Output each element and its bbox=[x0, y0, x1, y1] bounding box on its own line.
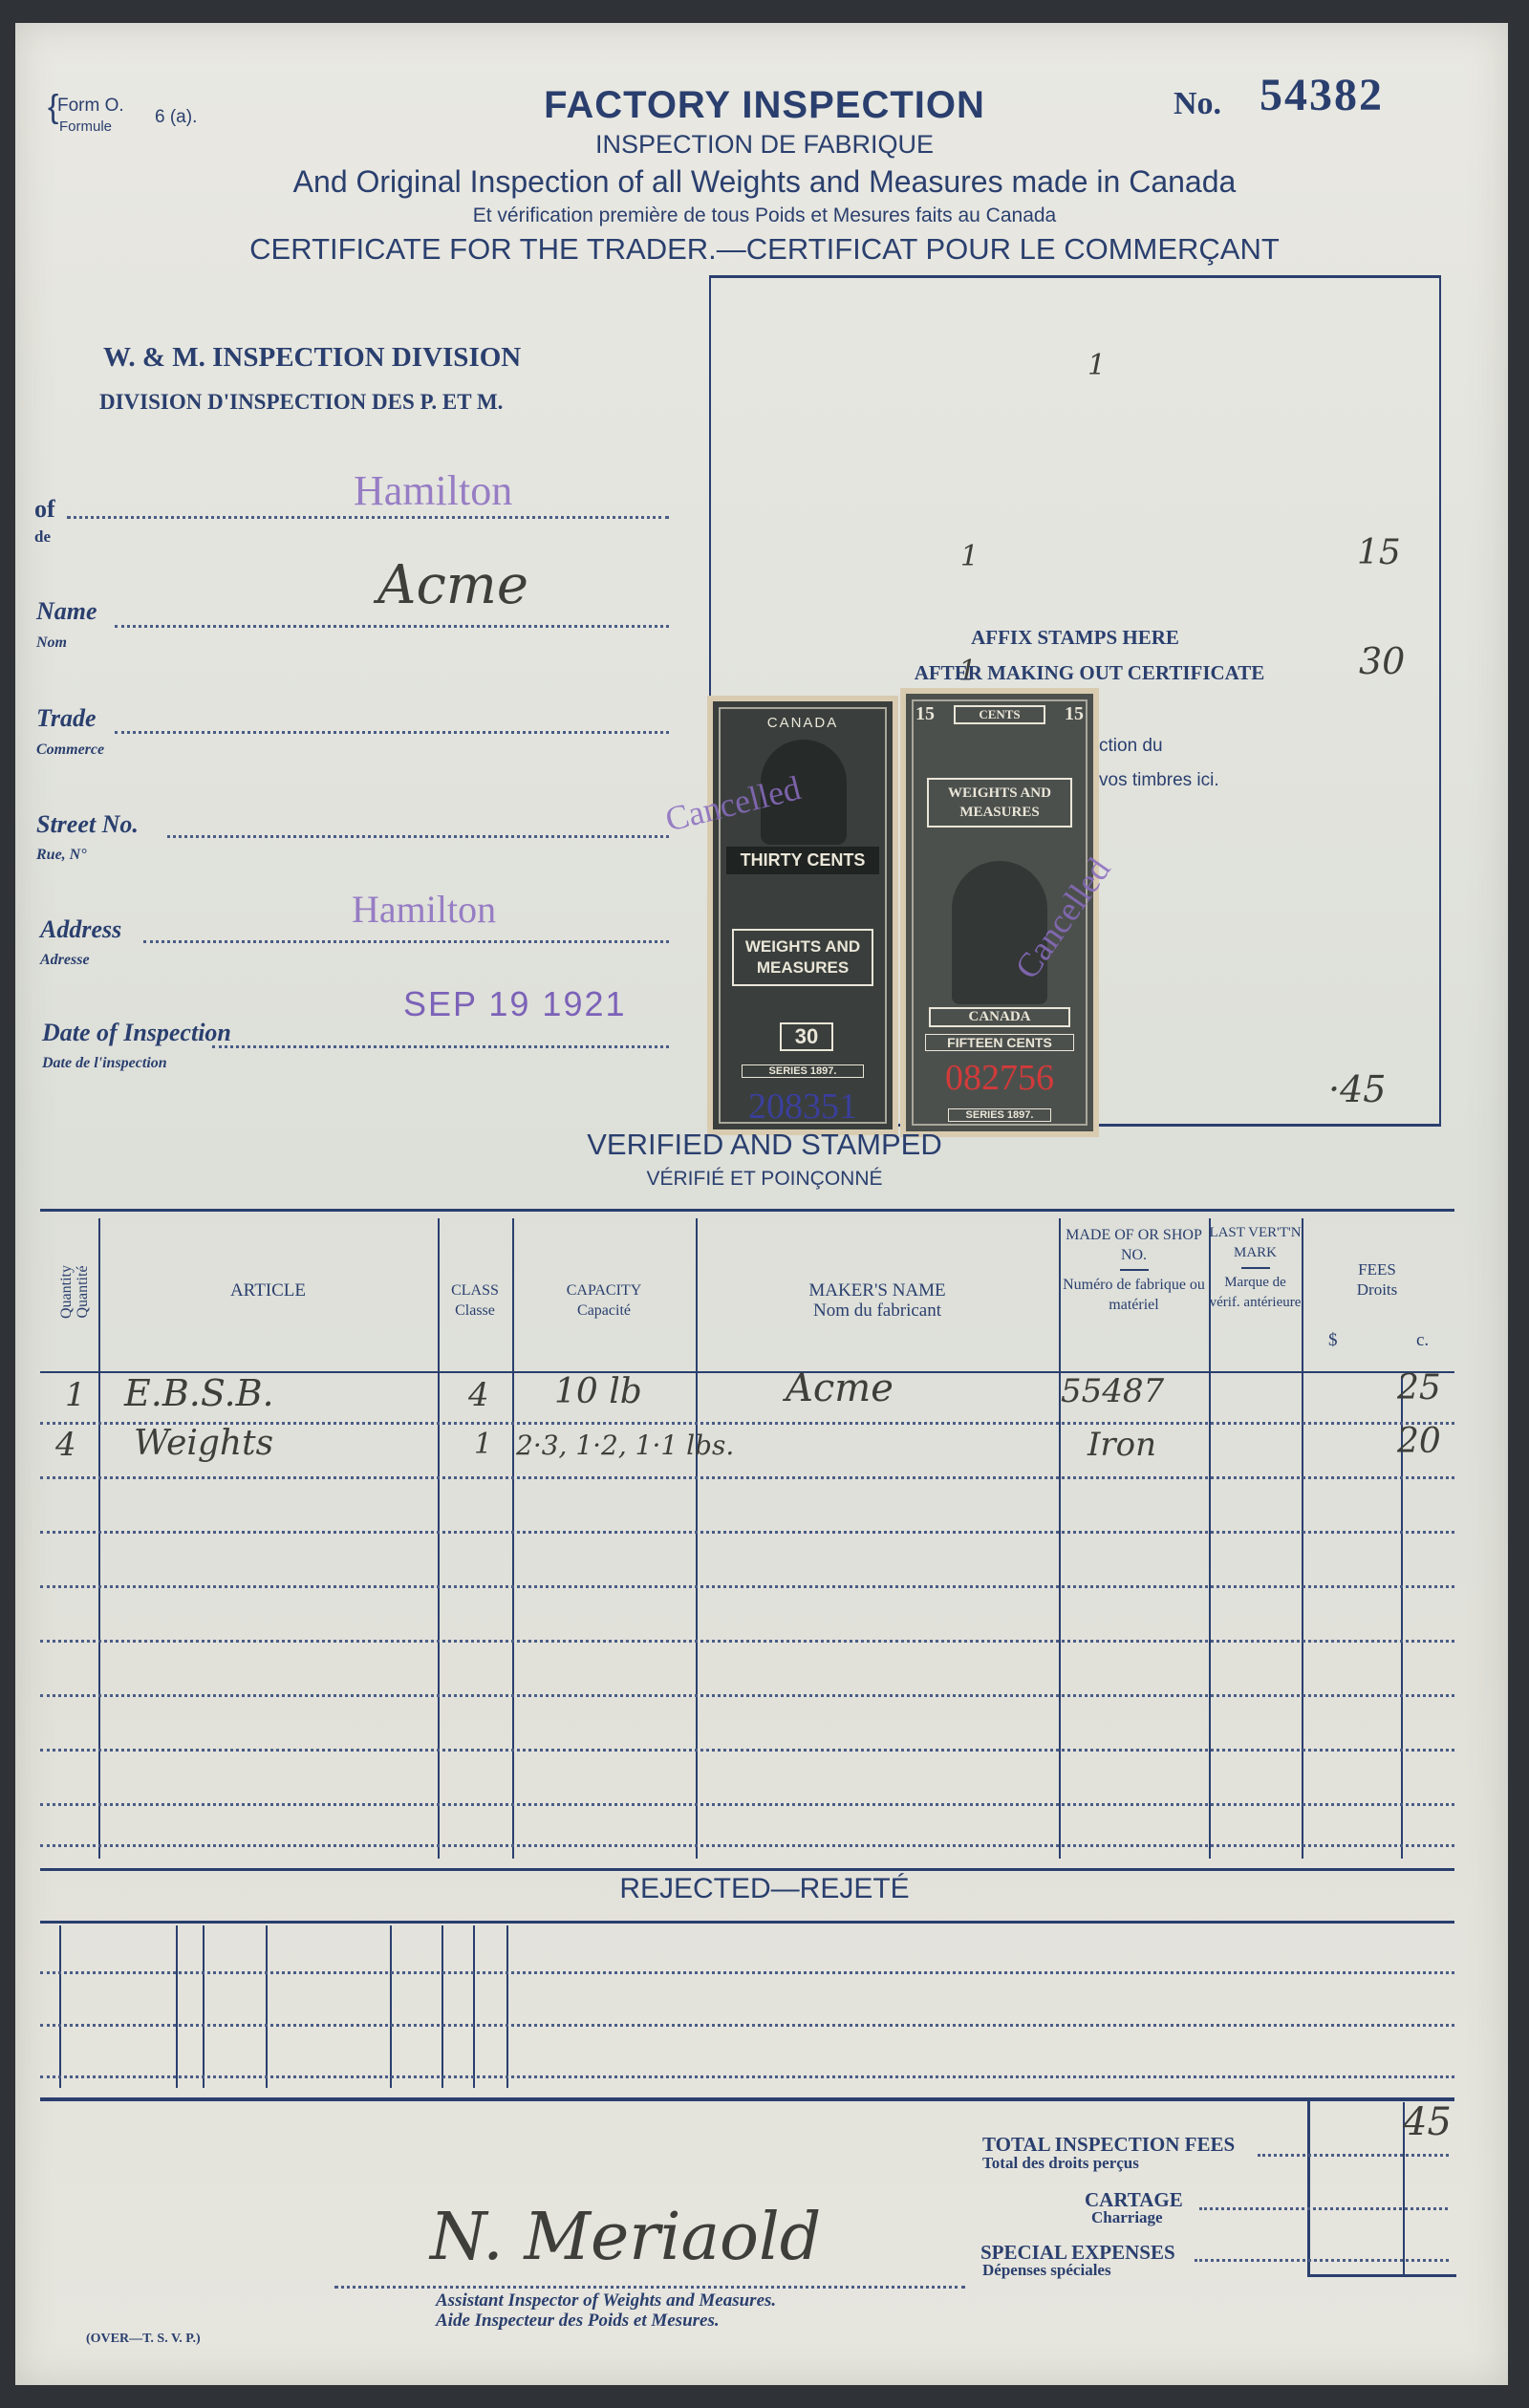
stamp-denomination: THIRTY CENTS bbox=[726, 847, 879, 874]
cell-quantity: 1 bbox=[65, 1376, 86, 1414]
field-label-fr: Rue, N° bbox=[36, 847, 87, 864]
cell-capacity: 10 lb bbox=[554, 1372, 642, 1411]
page-subtitle-fr: Et vérification première de tous Poids e… bbox=[0, 204, 1529, 227]
verified-heading: VERIFIED AND STAMPED bbox=[0, 1128, 1529, 1162]
cell-made-of: 55487 bbox=[1061, 1372, 1164, 1410]
stamp-corner-value: 15 bbox=[1065, 703, 1084, 725]
field-value-stamp: Hamilton bbox=[352, 887, 496, 932]
cell-fee-cents: 25 bbox=[1397, 1368, 1441, 1408]
field-label: Street No. bbox=[36, 810, 139, 839]
division-name-fr: DIVISION D'INSPECTION DES P. ET M. bbox=[99, 390, 503, 415]
column-header-capacity: CAPACITYCapacité bbox=[512, 1280, 696, 1321]
page-subtitle: And Original Inspection of all Weights a… bbox=[0, 164, 1529, 200]
field-label-fr: Commerce bbox=[36, 742, 104, 759]
verified-heading-fr: VÉRIFIÉ ET POINÇONNÉ bbox=[0, 1168, 1529, 1191]
column-header-cents: c. bbox=[1416, 1330, 1429, 1350]
field-label-fr: Date de l'inspection bbox=[42, 1055, 167, 1072]
inspector-title-fr: Aide Inspecteur des Poids et Mesures. bbox=[436, 2311, 720, 2332]
affix-instruction-fr: vos timbres ici. bbox=[1099, 770, 1219, 791]
stamp-country: CANADA bbox=[713, 715, 893, 731]
cell-class: 4 bbox=[468, 1376, 489, 1414]
revenue-stamp-30c: CANADA THIRTY CENTS WEIGHTS AND MEASURES… bbox=[707, 696, 898, 1135]
affix-instruction-fr: ction du bbox=[1099, 736, 1163, 757]
column-header-last-mark: LAST VER'T'N MARK Marque de vérif. antér… bbox=[1209, 1223, 1302, 1313]
inspector-title: Assistant Inspector of Weights and Measu… bbox=[436, 2290, 776, 2311]
tally-mark: 1 bbox=[1088, 349, 1106, 382]
column-header-made-of: MADE OF OR SHOP NO. Numéro de fabrique o… bbox=[1059, 1225, 1209, 1315]
stamp-serial: 208351 bbox=[713, 1086, 893, 1128]
page-title: FACTORY INSPECTION bbox=[0, 84, 1529, 127]
field-value-stamp: Hamilton bbox=[354, 466, 512, 515]
cell-quantity: 4 bbox=[55, 1426, 76, 1464]
cell-article: E.B.S.B. bbox=[124, 1372, 274, 1414]
field-value-handwritten: Acme bbox=[377, 554, 528, 616]
stamp-series: SERIES 1897. bbox=[742, 1064, 864, 1078]
cartage-label-fr: Charriage bbox=[1091, 2208, 1163, 2227]
column-header-class: CLASSClasse bbox=[438, 1280, 512, 1321]
inspection-date-stamp: SEP 19 1921 bbox=[403, 984, 627, 1024]
column-header-fees: FEESDroits bbox=[1302, 1259, 1453, 1300]
stamp-country: CANADA bbox=[929, 1007, 1070, 1027]
certificate-heading: CERTIFICATE FOR THE TRADER.—CERTIFICAT P… bbox=[0, 232, 1529, 267]
column-header-quantity: QuantityQuantité bbox=[58, 1254, 91, 1330]
stamp-amount: 15 bbox=[1357, 533, 1401, 572]
field-label-fr: Nom bbox=[36, 634, 67, 652]
cell-capacity: 2·3, 1·2, 1·1 lbs. bbox=[516, 1430, 734, 1461]
affix-instruction-2: AFTER MAKING OUT CERTIFICATE bbox=[812, 661, 1367, 685]
stamp-top-label: CENTS bbox=[954, 705, 1045, 724]
total-fees-label-fr: Total des droits perçus bbox=[982, 2154, 1139, 2173]
affix-instruction: AFFIX STAMPS HERE bbox=[709, 626, 1441, 650]
field-label: Name bbox=[36, 597, 97, 626]
field-label-fr: de bbox=[34, 527, 51, 547]
page-title-fr: INSPECTION DE FABRIQUE bbox=[0, 130, 1529, 160]
stamp-corner-value: 15 bbox=[915, 703, 935, 725]
field-label: Trade bbox=[36, 704, 97, 733]
stamp-serial: 082756 bbox=[906, 1057, 1093, 1099]
over-note: (OVER—T. S. V. P.) bbox=[86, 2332, 201, 2347]
stamp-series: SERIES 1897. bbox=[948, 1108, 1051, 1122]
stamp-denomination: FIFTEEN CENTS bbox=[925, 1034, 1074, 1051]
inspector-signature: N. Meriaold bbox=[430, 2200, 821, 2275]
cell-fee-cents: 20 bbox=[1397, 1422, 1441, 1461]
field-label: of bbox=[34, 495, 55, 524]
stamp-title: WEIGHTS AND MEASURES bbox=[732, 929, 873, 986]
total-fees-value: 45 bbox=[1403, 2100, 1452, 2144]
column-header-dollars: $ bbox=[1328, 1330, 1338, 1350]
field-label: Address bbox=[40, 915, 121, 944]
column-header-maker: MAKER'S NAMENom du fabricant bbox=[696, 1280, 1059, 1321]
cell-made-of: Iron bbox=[1088, 1426, 1156, 1464]
stamp-total: ·45 bbox=[1328, 1068, 1386, 1110]
certificate-paper bbox=[15, 23, 1508, 2385]
rejected-heading: REJECTED—REJETÉ bbox=[0, 1873, 1529, 1905]
field-label: Date of Inspection bbox=[42, 1019, 231, 1047]
special-expenses-label-fr: Dépenses spéciales bbox=[982, 2261, 1111, 2280]
tally-mark: 1 bbox=[960, 540, 979, 573]
cell-article: Weights bbox=[134, 1424, 273, 1463]
field-label-fr: Adresse bbox=[40, 952, 90, 969]
cell-maker: Acme bbox=[786, 1366, 894, 1410]
cell-class: 1 bbox=[474, 1428, 492, 1461]
stamp-title: WEIGHTS AND MEASURES bbox=[927, 778, 1072, 828]
column-header-article: ARTICLE bbox=[98, 1280, 438, 1301]
division-name: W. & M. INSPECTION DIVISION bbox=[103, 342, 521, 374]
stamp-value: 30 bbox=[780, 1022, 833, 1051]
